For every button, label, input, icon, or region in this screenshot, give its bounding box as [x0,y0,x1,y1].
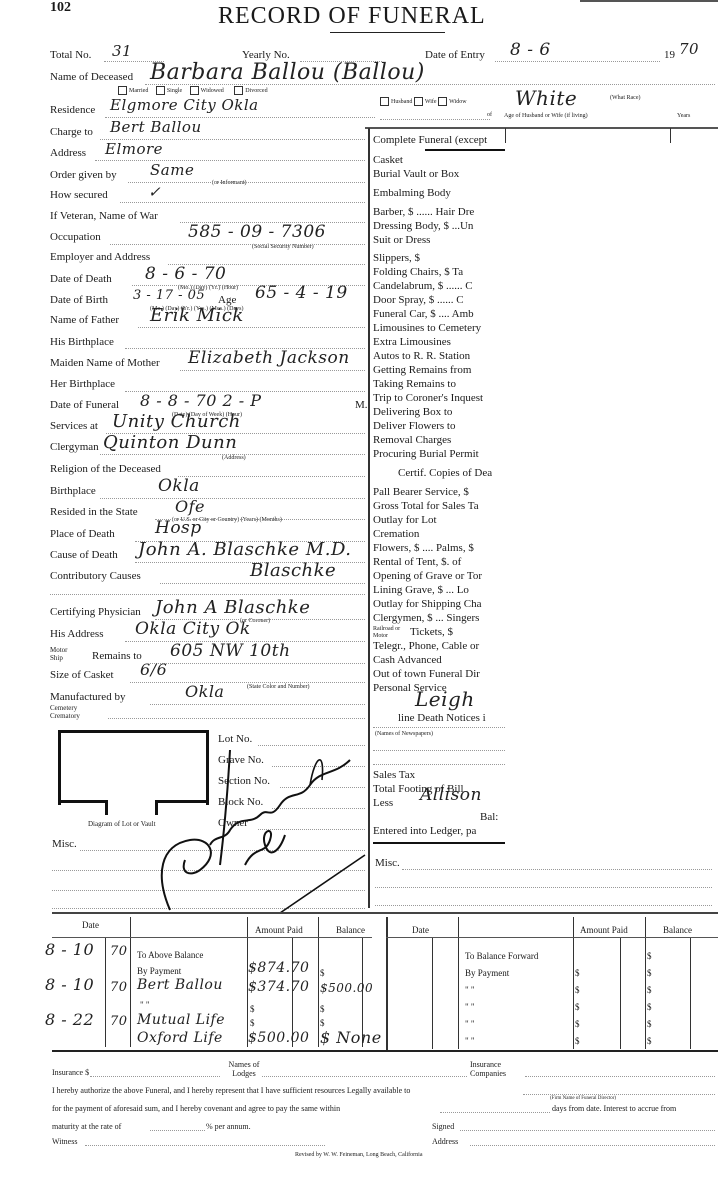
ledger-left-row4-balance: $ [320,1004,325,1014]
director-signature [150,745,370,915]
ledger-left-paid-header: Amount Paid [255,925,303,935]
date-of-funeral-value[interactable]: 8 - 8 - 70 2 - P [140,391,261,410]
mother-value[interactable]: Elizabeth Jackson [188,348,350,368]
charge-suit: Suit or Dress [373,234,505,246]
how-secured-label: How secured [50,189,108,201]
charge-autos: Autos to R. R. Station [373,350,505,362]
ledger-right-row1-balance: $ [647,951,652,961]
his-address-label: His Address [50,628,103,640]
charge-to-value[interactable]: Bert Ballou [110,118,202,136]
veteran-label: If Veteran, Name of War [50,210,158,222]
ledger-left-row6-balance[interactable]: $ None [320,1028,382,1047]
charge-tickets: Tickets, $ [410,626,505,638]
ledger-left-row6-desc[interactable]: Oxford Life [137,1030,223,1046]
age-value[interactable]: 65 - 4 - 19 [255,283,348,303]
place-of-death-label: Place of Death [50,528,115,540]
charge-outlay-lot: Outlay for Lot [373,514,505,526]
clergyman-label: Clergyman [50,441,99,453]
lot-misc-label: Misc. [52,838,77,850]
address-field[interactable] [470,1145,715,1146]
ledger-left-row5-paid: $ [250,1018,255,1028]
companies-label: Insurance Companies [470,1060,520,1078]
casket-size-value[interactable]: 6/6 [140,660,167,679]
page-title: RECORD OF FUNERAL [218,3,486,30]
cemetery-crematory-prefix: CemeteryCrematory [50,704,80,720]
ledger-right-row5-paid: $ [575,1019,580,1029]
charge-tent: Rental of Tent, $. of [373,556,505,568]
firm-name-label: (Firm Name of Funeral Director) [550,1096,616,1101]
father-label: Name of Father [50,314,119,326]
manufactured-value[interactable]: Okla [185,682,224,701]
lot-no-label: Lot No. [218,733,252,745]
charge-removal: Removal Charges [373,434,505,446]
services-at-label: Services at [50,420,98,432]
name-label: Name of Deceased [50,71,133,83]
authorization-line2: for the payment of aforesaid sum, and I … [52,1104,340,1113]
date-of-entry-value[interactable]: 8 - 6 [510,40,551,60]
wife-checkbox[interactable]: Wife [414,99,437,105]
charge-pall-bearer: Pall Bearer Service, $ [373,486,505,498]
remains-to-value[interactable]: 605 NW 10th [170,641,291,661]
charge-barber: Barber, $ ...... Hair Dre [373,206,505,218]
clergyman-value[interactable]: Quinton Dunn [103,432,237,453]
charge-casket: Casket [373,154,505,166]
ledger-right-balance-header: Balance [663,925,692,935]
ledger-left-row5-desc[interactable]: Mutual Life [137,1012,225,1028]
authorization-line2-end: days from date. Interest to accrue from [552,1104,676,1113]
ledger-left-row1-yr[interactable]: 70 [110,944,128,959]
ledger-left-row3-yr[interactable]: 70 [110,980,128,995]
year-value[interactable]: 70 [679,40,699,58]
lodges-label: Names of Lodges [228,1060,260,1078]
cause-of-death-label: Cause of Death [50,549,118,561]
ledger-right-paid-header: Amount Paid [580,925,628,935]
charge-to-label: Charge to [50,126,93,138]
manufactured-label: Manufactured by [50,691,125,703]
ledger-left-row5-yr[interactable]: 70 [110,1014,128,1029]
married-checkbox[interactable]: Married [118,88,148,94]
address-label: Address [50,147,86,159]
charge-delivering-box: Delivering Box to [373,406,505,418]
charge-getting-remains: Getting Remains from [373,364,505,376]
charge-flowers: Flowers, $ .... Palms, $ [373,542,505,554]
years-label: Years [677,113,690,119]
ledger-right-row3-desc: " " [465,985,475,995]
cause-of-death-value[interactable]: John A. Blaschke M.D. [138,539,351,560]
spouse-options: Husband Wife Widow [380,97,467,106]
ledger-right-row5-desc: " " [465,1019,475,1029]
services-at-value[interactable]: Unity Church [112,411,241,432]
date-of-funeral-label: Date of Funeral [50,399,119,411]
order-given-value[interactable]: Same [150,161,194,179]
race-value[interactable]: White [515,86,577,110]
charge-complete-funeral: Complete Funeral (except [373,134,505,146]
top-right-rule [580,0,718,2]
right-misc-label: Misc. [375,857,400,869]
maturity-label: maturity at the rate of [52,1122,121,1131]
ledger-left-row1-desc: To Above Balance [137,950,203,960]
charge-funeral-car: Funeral Car, $ .... Amb [373,308,505,320]
charge-extra-limousines: Extra Limousines [373,336,505,348]
charge-coroner-trip: Trip to Coroner's Inquest [373,392,505,404]
witness-field[interactable] [85,1145,325,1146]
sales-tax-label: Sales Tax [373,769,505,781]
ledger-right-row6-paid: $ [575,1036,580,1046]
less-value[interactable]: Allison [420,785,482,805]
date-of-birth-label: Date of Birth [50,294,108,306]
charge-gross-total: Gross Total for Sales Ta [373,500,505,512]
per-annum-label: % per annum. [206,1122,251,1131]
ledger-left-balance-header: Balance [336,925,365,935]
contributory-label: Contributory Causes [50,570,141,582]
place-of-death-value[interactable]: Hosp [155,518,202,538]
order-given-sub: (or Informant) [212,180,247,186]
religion-label: Religion of the Deceased [50,463,161,475]
birthplace-label: Birthplace [50,485,96,497]
ledger-right-row3-balance: $ [647,985,652,995]
clergyman-sub: (Address) [222,455,246,461]
date-of-birth-value[interactable]: 3 - 17 - 05 [133,288,205,303]
diagram-caption: Diagram of Lot or Vault [88,820,156,828]
balance-label: Bal: [480,811,498,823]
charge-folding-chairs: Folding Chairs, $ Ta [373,266,505,278]
title-underline [330,32,445,33]
age-spouse-label: Age of Husband or Wife (if living) [504,113,588,119]
address-label: Address [432,1137,458,1146]
signed-field[interactable] [460,1130,715,1131]
death-notices: line Death Notices i [398,712,505,724]
charge-embalming: Embalming Body [373,187,505,199]
revised-by: Revised by W. W. Feineman, Long Beach, C… [295,1152,422,1158]
charge-taking-remains: Taking Remains to [373,378,505,390]
ledger-right-row4-desc: " " [465,1002,475,1012]
railroad-prefix: Railroad or Motor [373,626,403,640]
ledger-left-row6-paid[interactable]: $500.00 [248,1030,309,1046]
ledger-left-row2-desc: By Payment [137,966,181,976]
his-birthplace-label: His Birthplace [50,336,114,348]
charge-burial-vault: Burial Vault or Box [373,168,505,180]
date-of-funeral-suffix: M. [355,399,368,411]
remains-to-label: Remains to [92,650,142,662]
occupation-label: Occupation [50,231,101,243]
ledger-left-date-header: Date [82,920,99,930]
widowed-checkbox[interactable]: Widowed [190,88,224,94]
address-value[interactable]: Elmore [105,140,163,158]
occupation-value[interactable]: 585 - 09 - 7306 [188,222,326,242]
name-value[interactable]: Barbara Ballou (Ballou) [150,60,425,85]
father-value[interactable]: Erik Mick [150,305,244,326]
resided-label: Resided in the State [50,506,138,518]
charge-lining-grave: Lining Grave, $ ... Lo [373,584,505,596]
charge-door-spray: Door Spray, $ ...... C [373,294,505,306]
year-prefix: 19 [664,49,675,61]
ledger-left-row4-paid: $ [250,1004,255,1014]
ledger-left-row3-date[interactable]: 8 - 10 [45,975,94,994]
residence-value[interactable]: Elgmore City Okla [110,96,259,114]
ledger-right-row1-desc: To Balance Forward [465,951,538,961]
casket-size-sub: (State Color and Number) [247,684,309,690]
how-secured-value[interactable]: ✓ [148,183,161,201]
ledger-left-row5-balance: $ [320,1018,325,1028]
ledger-left-row1-date[interactable]: 8 - 10 [45,940,94,959]
ledger-right-row6-balance: $ [647,1036,652,1046]
mother-label: Maiden Name of Mother [50,357,160,369]
her-birthplace-label: Her Birthplace [50,378,115,390]
signed-label: Signed [432,1122,454,1131]
birthplace-value[interactable]: Okla [158,476,200,496]
charge-limousines: Limousines to Cemetery [373,322,505,334]
charge-opening-grave: Opening of Grave or Tor [373,570,505,582]
page-number: 102 [50,0,71,16]
ledger-right-row5-balance: $ [647,1019,652,1029]
charge-burial-permit: Procuring Burial Permit [373,448,505,460]
ledger-right-row4-paid: $ [575,1002,580,1012]
total-no-value[interactable]: 31 [112,42,132,60]
charge-out-of-town: Out of town Funeral Dir [373,668,505,680]
witness-label: Witness [52,1137,77,1146]
newspapers-label: (Names of Newspapers) [375,731,433,737]
ledger-left-row2-paid[interactable]: $874.70 [248,960,309,976]
employer-label: Employer and Address [50,251,150,263]
marital-options: Married Single Widowed Divorced [118,86,268,95]
motor-ship-prefix: MotorShip [50,646,68,662]
divorced-checkbox[interactable]: Divorced [234,88,267,94]
ledger-right-row6-desc: " " [465,1036,475,1046]
husband-checkbox[interactable]: Husband [380,99,412,105]
ledger-right-row2-balance: $ [647,968,652,978]
resided-value[interactable]: Ofe [175,497,205,516]
personal-service-value[interactable]: Leigh [415,687,475,711]
authorization-line1: I hereby authorize the above Funeral, an… [52,1086,410,1095]
charge-deliver-flowers: Deliver Flowers to [373,420,505,432]
ledger-right-row2-desc: By Payment [465,968,509,978]
ledger-right-row2-paid: $ [575,968,580,978]
ledger-right-row4-balance: $ [647,1002,652,1012]
widow-checkbox[interactable]: Widow [438,99,466,105]
spouse-of: of [487,112,492,118]
ledger-right-row3-paid: $ [575,985,580,995]
ledger-right-date-header: Date [412,925,429,935]
his-address-value[interactable]: Okla City Ok [135,619,251,639]
ledger-left-row3-desc[interactable]: Bert Ballou [137,977,223,993]
ledger-entry-label: Entered into Ledger, pa [373,825,505,837]
total-no-label: Total No. [50,49,91,61]
order-given-label: Order given by [50,169,117,181]
ledger-left-row4-desc: " " [140,1000,150,1010]
charge-cremation: Cremation [373,528,505,540]
date-of-death-label: Date of Death [50,273,112,285]
charge-shipping: Outlay for Shipping Cha [373,598,505,610]
charge-telegr: Telegr., Phone, Cable or [373,640,505,652]
charge-clergymen: Clergymen, $ ... Singers [373,612,505,624]
ledger-left-row2-balance: $ [320,968,325,978]
charge-certif-copies: Certif. Copies of Dea [398,467,505,479]
residence-label: Residence [50,104,95,116]
charge-dressing: Dressing Body, $ ...Un [373,220,505,232]
date-of-death-value[interactable]: 8 - 6 - 70 [145,264,226,284]
single-checkbox[interactable]: Single [156,88,182,94]
race-label: (What Race) [610,95,640,101]
charges-left-border [368,128,370,908]
insurance-label: Insurance $ [52,1068,89,1077]
ledger-left-row3-paid[interactable]: $374.70 [248,979,309,995]
physician-value[interactable]: John A Blaschke [155,597,310,618]
ledger-left-row5-date[interactable]: 8 - 22 [45,1010,94,1029]
charge-slippers: Slippers, $ [373,252,505,264]
contributory-value[interactable]: Blaschke [250,560,336,581]
physician-label: Certifying Physician [50,606,141,618]
casket-size-label: Size of Casket [50,669,114,681]
charge-cash-advanced: Cash Advanced [373,654,505,666]
charge-candelabrum: Candelabrum, $ ...... C [373,280,505,292]
date-of-entry-label: Date of Entry [425,49,485,61]
ledger-left-row3-balance[interactable]: $500.00 [320,981,373,995]
